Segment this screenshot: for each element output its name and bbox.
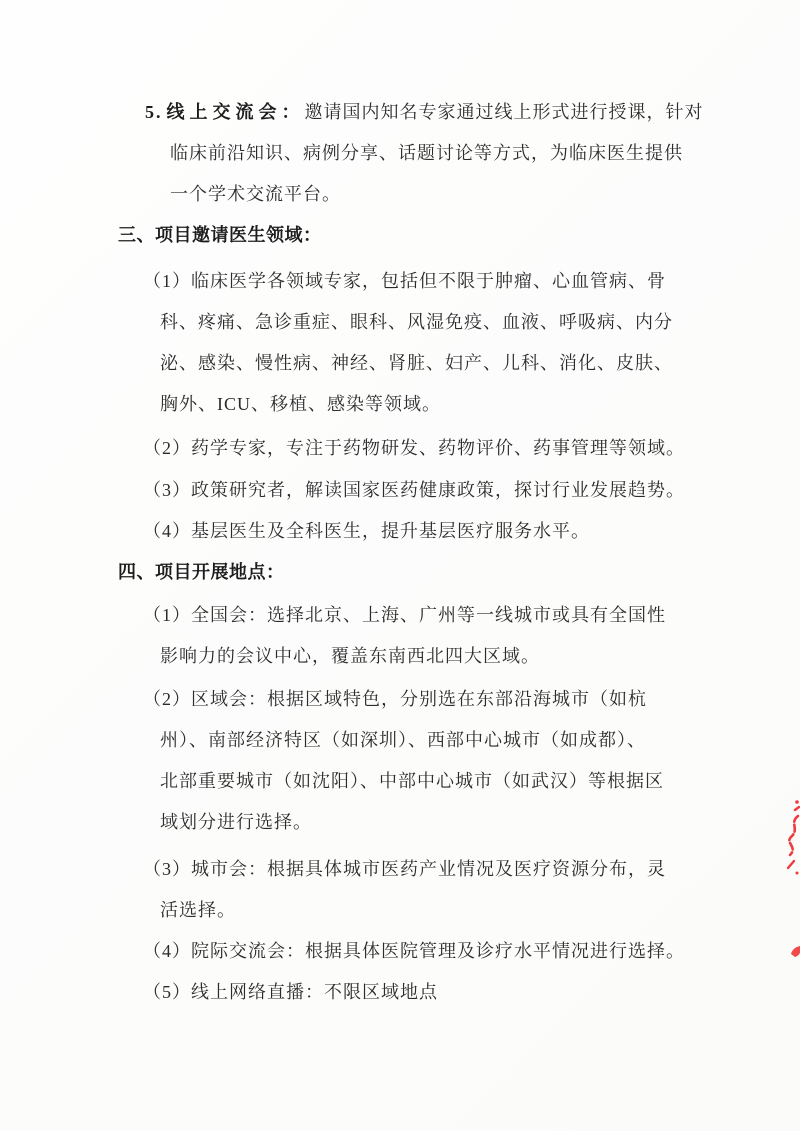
line-text: 邀请国内知名专家通过线上形式进行授课，针对 [305, 102, 704, 122]
line: 北部重要城市（如沈阳）、中部中心城市（如武汉）等根据区 [160, 761, 800, 802]
paragraph-item-5: 5.线上交流会：邀请国内知名专家通过线上形式进行授课，针对 临床前沿知识、病例分… [0, 92, 800, 215]
invite-item-4: （4）基层医生及全科医生，提升基层医疗服务水平。 [0, 511, 800, 552]
line: 活选择。 [160, 890, 800, 931]
line: 域划分进行选择。 [160, 802, 800, 843]
location-item-2: （2）区域会：根据区域特色，分别选在东部沿海城市（如杭 州）、南部经济特区（如深… [0, 679, 800, 843]
document-page: 5.线上交流会：邀请国内知名专家通过线上形式进行授课，针对 临床前沿知识、病例分… [0, 0, 800, 1131]
item-number: 5. [145, 102, 167, 122]
red-ink-squiggle-mark [784, 795, 800, 877]
location-item-3: （3）城市会：根据具体城市医药产业情况及医疗资源分布，灵 活选择。 [0, 849, 800, 931]
location-item-5: （5）线上网络直播：不限区域地点 [0, 972, 800, 1013]
line: 泌、感染、慢性病、神经、肾脏、妇产、儿科、消化、皮肤、 [160, 343, 800, 384]
line: 胸外、ICU、移植、感染等领域。 [160, 384, 800, 425]
line: （4）基层医生及全科医生，提升基层医疗服务水平。 [143, 511, 800, 552]
line: 临床前沿知识、病例分享、话题讨论等方式，为临床医生提供 [170, 133, 800, 174]
line: 一个学术交流平台。 [170, 174, 800, 215]
location-item-4: （4）院际交流会：根据具体医院管理及诊疗水平情况进行选择。 [0, 931, 800, 972]
invite-item-3: （3）政策研究者，解读国家医药健康政策，探讨行业发展趋势。 [0, 470, 800, 511]
line: （3）政策研究者，解读国家医药健康政策，探讨行业发展趋势。 [143, 470, 800, 511]
line: 州）、南部经济特区（如深圳）、西部中心城市（如成都）、 [160, 720, 800, 761]
line: 科、疼痛、急诊重症、眼科、风湿免疫、血液、呼吸病、内分 [160, 302, 800, 343]
line: （1）临床医学各领域专家，包括但不限于肿瘤、心血管病、骨 [143, 261, 800, 302]
location-item-1: （1）全国会：选择北京、上海、广州等一线城市或具有全国性 影响力的会议中心，覆盖… [0, 595, 800, 677]
line: 5.线上交流会：邀请国内知名专家通过线上形式进行授课，针对 [145, 92, 800, 133]
section-heading-four: 四、项目开展地点： [0, 552, 800, 593]
line: （2）区域会：根据区域特色，分别选在东部沿海城市（如杭 [143, 679, 800, 720]
line: 影响力的会议中心，覆盖东南西北四大区域。 [160, 636, 800, 677]
line: （2）药学专家，专注于药物研发、药物评价、药事管理等领域。 [143, 428, 800, 469]
invite-item-1: （1）临床医学各领域专家，包括但不限于肿瘤、心血管病、骨 科、疼痛、急诊重症、眼… [0, 261, 800, 425]
line: （4）院际交流会：根据具体医院管理及诊疗水平情况进行选择。 [143, 931, 800, 972]
line: （3）城市会：根据具体城市医药产业情况及医疗资源分布，灵 [143, 849, 800, 890]
red-ink-dot-mark [789, 945, 800, 959]
item-title: 线上交流会： [167, 102, 305, 122]
line: （5）线上网络直播：不限区域地点 [143, 972, 800, 1013]
invite-item-2: （2）药学专家，专注于药物研发、药物评价、药事管理等领域。 [0, 428, 800, 469]
line: （1）全国会：选择北京、上海、广州等一线城市或具有全国性 [143, 595, 800, 636]
document-body: 5.线上交流会：邀请国内知名专家通过线上形式进行授课，针对 临床前沿知识、病例分… [0, 92, 800, 1013]
section-heading-three: 三、项目邀请医生领域： [0, 215, 800, 256]
